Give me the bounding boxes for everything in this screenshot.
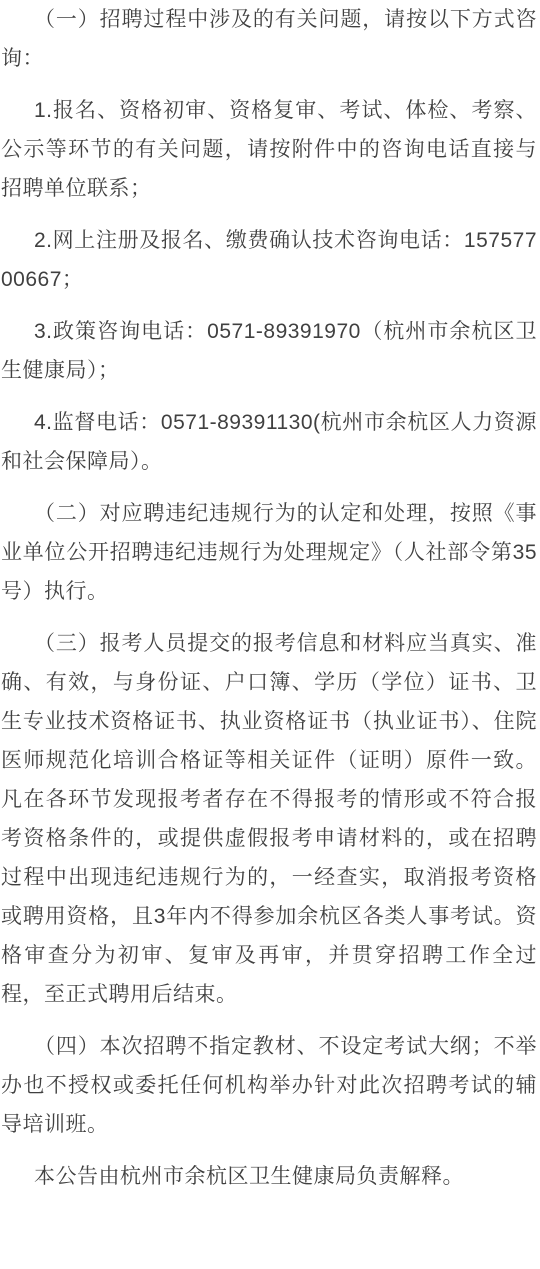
paragraph-interpretation-note: 本公告由杭州市余杭区卫生健康局负责解释。 <box>1 1157 537 1196</box>
paragraph-item-3-policy-hotline: 3.政策咨询电话：0571-89391970（杭州市余杭区卫生健康局）； <box>1 312 537 390</box>
paragraph-item-1-unit-contact: 1.报名、资格初审、资格复审、考试、体检、考察、公示等环节的有关问题，请按附件中… <box>1 91 537 208</box>
paragraph-item-2-technical-hotline: 2.网上注册及报名、缴费确认技术咨询电话：15757700667； <box>1 221 537 299</box>
paragraph-section-1-heading: （一）招聘过程中涉及的有关问题，请按以下方式咨询： <box>1 0 537 78</box>
paragraph-item-4-supervision-hotline: 4.监督电话：0571-89391130(杭州市余杭区人力资源和社会保障局）。 <box>1 403 537 481</box>
paragraph-section-2-violations: （二）对应聘违纪违规行为的认定和处理，按照《事业单位公开招聘违纪违规行为处理规定… <box>1 494 537 611</box>
paragraph-section-4-no-textbook: （四）本次招聘不指定教材、不设定考试大纲；不举办也不授权或委托任何机构举办针对此… <box>1 1027 537 1144</box>
paragraph-section-3-materials: （三）报考人员提交的报考信息和材料应当真实、准确、有效，与身份证、户口簿、学历（… <box>1 624 537 1014</box>
announcement-body: （一）招聘过程中涉及的有关问题，请按以下方式咨询： 1.报名、资格初审、资格复审… <box>0 0 540 1236</box>
